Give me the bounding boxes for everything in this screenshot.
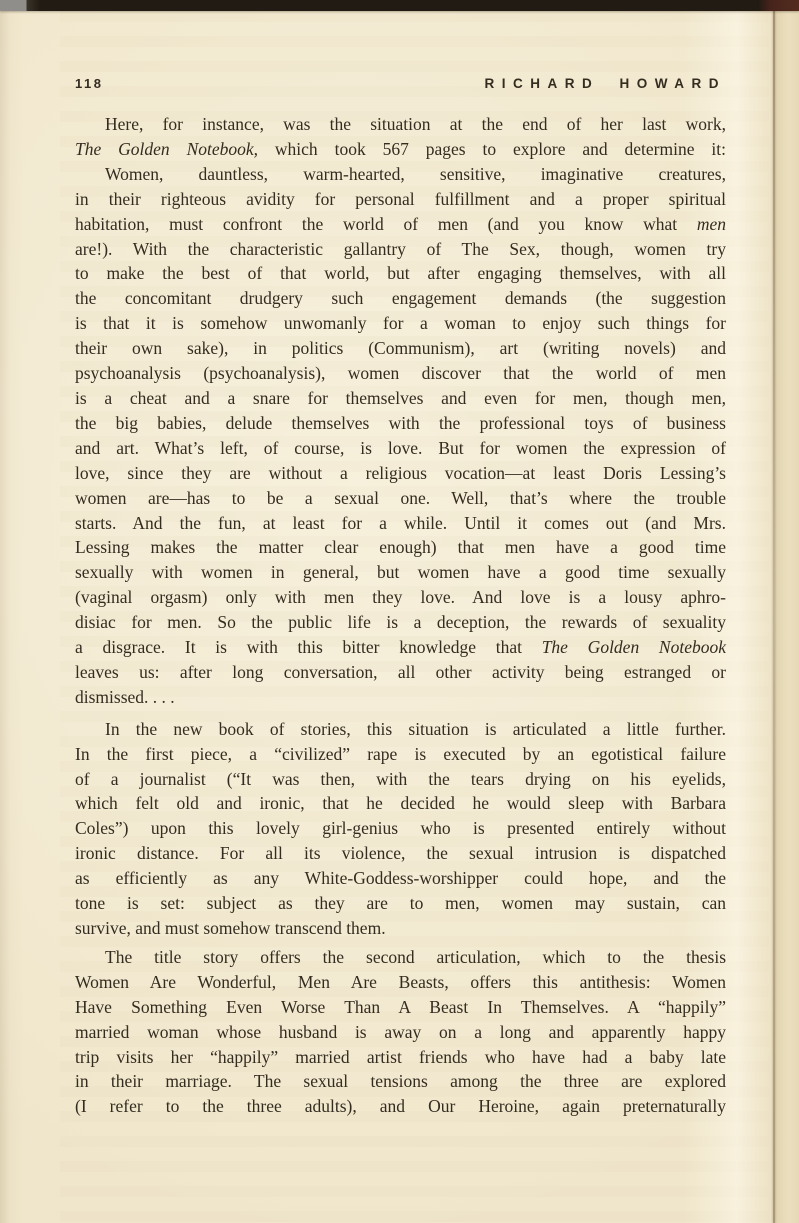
text-line: is a cheat and a snare for themselves an… <box>75 386 726 411</box>
text-run: in their marriage. The sexual tensions a… <box>75 1071 726 1091</box>
text-line: in their righteous avidity for personal … <box>75 187 726 212</box>
italic-text: The Golden Notebook <box>542 637 726 657</box>
text-line: sexually with women in general, but wome… <box>75 560 726 585</box>
text-run: trip visits her “happily” married artist… <box>75 1047 726 1067</box>
paragraph: In the new book of stories, this situati… <box>75 717 726 941</box>
text-line: women are—has to be a sexual one. Well, … <box>75 486 726 511</box>
text-line: in their marriage. The sexual tensions a… <box>75 1069 726 1094</box>
text-line: the concomitant drudgery such engagement… <box>75 286 726 311</box>
next-page-strip <box>775 11 799 1223</box>
text-line: is that it is somehow unwomanly for a wo… <box>75 311 726 336</box>
text-run: In the new book of stories, this situati… <box>105 719 726 739</box>
page-edge-line <box>773 11 775 1223</box>
text-line: survive, and must somehow transcend them… <box>75 916 726 941</box>
text-line: married woman whose husband is away on a… <box>75 1020 726 1045</box>
text-line: Women Are Wonderful, Men Are Beasts, off… <box>75 970 726 995</box>
text-line: as efficiently as any White-Goddess-wors… <box>75 866 726 891</box>
text-run: which took 567 pages to explore and dete… <box>258 139 726 159</box>
text-run: as efficiently as any White-Goddess-wors… <box>75 868 726 888</box>
page-body: Here, for instance, was the situation at… <box>75 112 726 1119</box>
text-run: Women, dauntless, warm-hearted, sensitiv… <box>105 164 726 184</box>
text-line: Lessing makes the matter clear enough) t… <box>75 535 726 560</box>
text-run: a disgrace. It is with this bitter knowl… <box>75 637 542 657</box>
text-run: is a cheat and a snare for themselves an… <box>75 388 726 408</box>
text-line: Coles”) upon this lovely girl-genius who… <box>75 816 726 841</box>
text-line: to make the best of that world, but afte… <box>75 261 726 286</box>
text-line: trip visits her “happily” married artist… <box>75 1045 726 1070</box>
text-run: is that it is somehow unwomanly for a wo… <box>75 313 726 333</box>
text-line: disiac for men. So the public life is a … <box>75 610 726 635</box>
text-line: The Golden Notebook, which took 567 page… <box>75 137 726 162</box>
text-run: psychoanalysis (psychoanalysis), women d… <box>75 363 726 383</box>
text-run: in their righteous avidity for personal … <box>75 189 726 209</box>
text-run: Coles”) upon this lovely girl-genius who… <box>75 818 726 838</box>
text-line: starts. And the fun, at least for a whil… <box>75 511 726 536</box>
paragraph: The title story offers the second articu… <box>75 945 726 1119</box>
text-line: of a journalist (“It was then, with the … <box>75 767 726 792</box>
text-line: psychoanalysis (psychoanalysis), women d… <box>75 361 726 386</box>
italic-text: The Golden Notebook, <box>75 139 258 159</box>
text-run: ironic distance. For all its violence, t… <box>75 843 726 863</box>
text-run: starts. And the fun, at least for a whil… <box>75 513 726 533</box>
text-run: Have Something Even Worse Than A Beast I… <box>75 997 726 1017</box>
paragraph: Here, for instance, was the situation at… <box>75 112 726 162</box>
text-line: Here, for instance, was the situation at… <box>75 112 726 137</box>
text-line: and art. What’s left, of course, is love… <box>75 436 726 461</box>
text-line: which felt old and ironic, that he decid… <box>75 791 726 816</box>
text-line: a disgrace. It is with this bitter knowl… <box>75 635 726 660</box>
text-line: love, since they are without a religious… <box>75 461 726 486</box>
text-run: and art. What’s left, of course, is love… <box>75 438 726 458</box>
text-line: (vaginal orgasm) only with men they love… <box>75 585 726 610</box>
text-line: In the new book of stories, this situati… <box>75 717 726 742</box>
text-run: Lessing makes the matter clear enough) t… <box>75 537 726 557</box>
text-run: married woman whose husband is away on a… <box>75 1022 726 1042</box>
text-run: (vaginal orgasm) only with men they love… <box>75 587 726 607</box>
text-run: survive, and must somehow transcend them… <box>75 918 386 938</box>
book-page: 118 RICHARD HOWARD Here, for instance, w… <box>0 0 799 1223</box>
paragraph: Women, dauntless, warm-hearted, sensitiv… <box>75 162 726 710</box>
text-run: tone is set: subject as they are to men,… <box>75 893 726 913</box>
text-run: the big babies, delude themselves with t… <box>75 413 726 433</box>
text-run: habitation, must confront the world of m… <box>75 214 697 234</box>
text-run: Here, for instance, was the situation at… <box>105 114 726 134</box>
text-run: their own sake), in politics (Communism)… <box>75 338 726 358</box>
text-run: love, since they are without a religious… <box>75 463 726 483</box>
text-run: to make the best of that world, but afte… <box>75 263 726 283</box>
text-run: dismissed. . . . <box>75 687 175 707</box>
text-line: Women, dauntless, warm-hearted, sensitiv… <box>75 162 726 187</box>
text-line: Have Something Even Worse Than A Beast I… <box>75 995 726 1020</box>
text-line: habitation, must confront the world of m… <box>75 212 726 237</box>
italic-text: men <box>697 214 726 234</box>
text-run: the concomitant drudgery such engagement… <box>75 288 726 308</box>
running-header: 118 RICHARD HOWARD <box>75 76 726 94</box>
text-run: leaves us: after long conversation, all … <box>75 662 726 682</box>
text-run: Women Are Wonderful, Men Are Beasts, off… <box>75 972 726 992</box>
text-line: the big babies, delude themselves with t… <box>75 411 726 436</box>
text-line: The title story offers the second articu… <box>75 945 726 970</box>
top-edge-bar <box>0 0 799 11</box>
text-line: ironic distance. For all its violence, t… <box>75 841 726 866</box>
text-run: women are—has to be a sexual one. Well, … <box>75 488 726 508</box>
text-run: of a journalist (“It was then, with the … <box>75 769 726 789</box>
text-line: (I refer to the three adults), and Our H… <box>75 1094 726 1119</box>
text-run: The title story offers the second articu… <box>105 947 726 967</box>
text-run: In the first piece, a “civilized” rape i… <box>75 744 726 764</box>
running-title: RICHARD HOWARD <box>485 76 727 91</box>
page-number: 118 <box>75 76 103 91</box>
text-run: (I refer to the three adults), and Our H… <box>75 1096 726 1116</box>
text-line: In the first piece, a “civilized” rape i… <box>75 742 726 767</box>
text-run: are!). With the characteristic gallantry… <box>75 239 726 259</box>
text-line: dismissed. . . . <box>75 685 726 710</box>
text-line: their own sake), in politics (Communism)… <box>75 336 726 361</box>
text-run: sexually with women in general, but wome… <box>75 562 726 582</box>
text-line: tone is set: subject as they are to men,… <box>75 891 726 916</box>
text-run: which felt old and ironic, that he decid… <box>75 793 726 813</box>
text-run: disiac for men. So the public life is a … <box>75 612 726 632</box>
text-line: are!). With the characteristic gallantry… <box>75 237 726 262</box>
text-line: leaves us: after long conversation, all … <box>75 660 726 685</box>
